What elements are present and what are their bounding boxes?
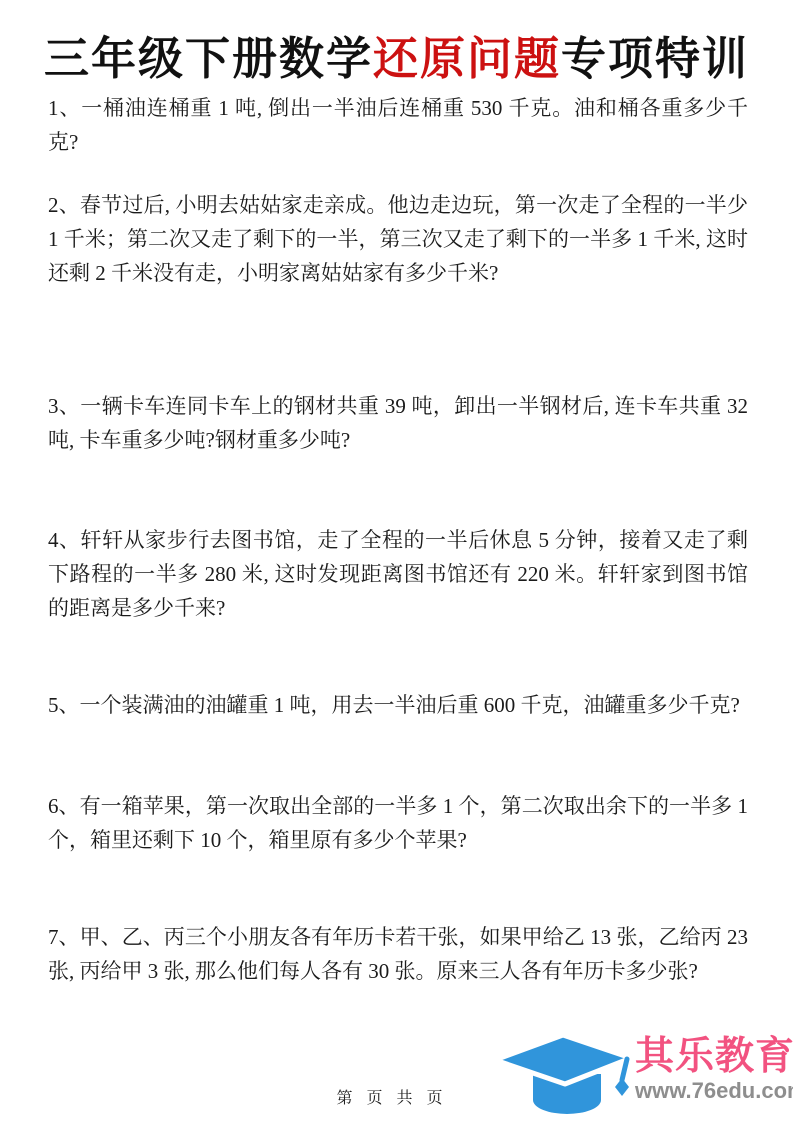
worksheet-page: 三年级下册数学还原问题专项特训 1、一桶油连桶重 1 吨, 倒出一半油后连桶重 …	[0, 0, 793, 1122]
brand-text-block: 其乐教育 www.76edu.com	[635, 1026, 793, 1104]
title-highlight: 还原问题	[373, 34, 561, 84]
brand-name: 其乐教育	[635, 1036, 793, 1078]
graduation-cap-icon	[489, 1026, 635, 1118]
question-4: 4、轩轩从家步行去图书馆，走了全程的一半后休息 5 分钟，接着又走了剩下路程的一…	[48, 523, 748, 625]
title-suffix: 专项特训	[561, 34, 749, 84]
brand-url: www.76edu.com	[635, 1078, 793, 1104]
question-1: 1、一桶油连桶重 1 吨, 倒出一半油后连桶重 530 千克。油和桶各重多少千克…	[48, 91, 748, 159]
page-title: 三年级下册数学还原问题专项特训	[0, 22, 793, 87]
question-7: 7、甲、乙、丙三个小朋友各有年历卡若干张，如果甲给乙 13 张，乙给丙 23 张…	[48, 920, 748, 988]
title-prefix: 三年级下册数学	[44, 34, 373, 84]
question-2: 2、春节过后, 小明去姑姑家走亲成。他边走边玩，第一次走了全程的一半少 1 千米…	[48, 188, 748, 290]
brand-logo: 其乐教育 www.76edu.com	[489, 1026, 789, 1118]
question-6: 6、有一箱苹果，第一次取出全部的一半多 1 个，第二次取出余下的一半多 1 个，…	[48, 789, 748, 857]
question-5: 5、一个装满油的油罐重 1 吨，用去一半油后重 600 千克，油罐重多少千克?	[48, 688, 748, 722]
question-3: 3、一辆卡车连同卡车上的钢材共重 39 吨，卸出一半钢材后, 连卡车共重 32 …	[48, 389, 748, 457]
